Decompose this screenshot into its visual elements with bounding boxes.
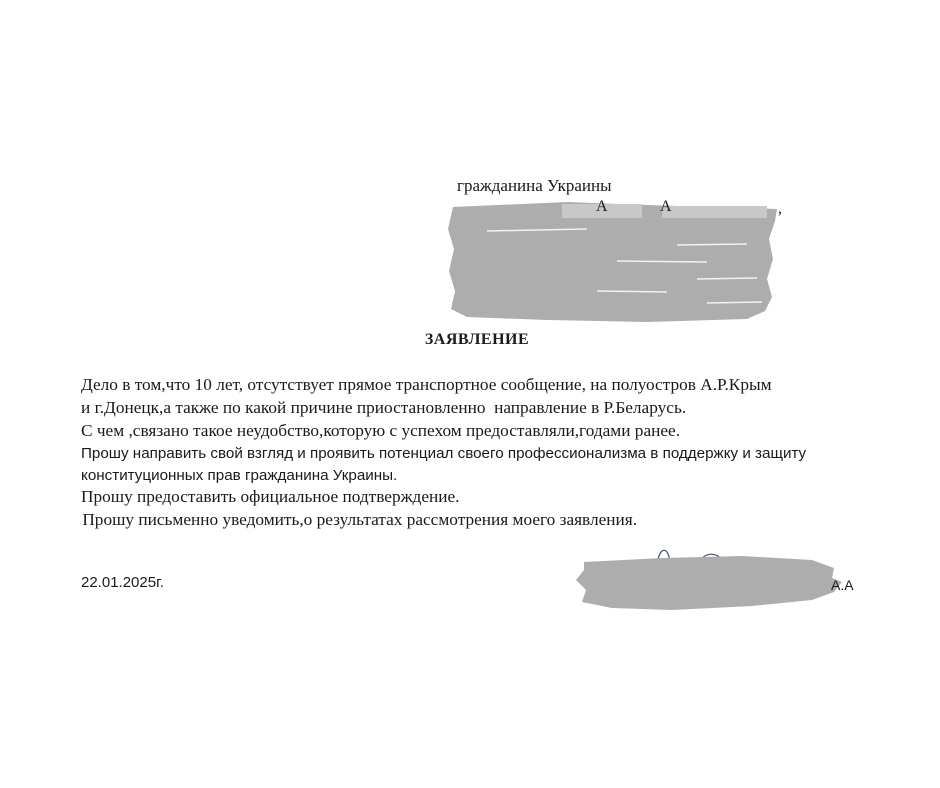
document-title: ЗАЯВЛЕНИЕ: [0, 331, 940, 349]
redacted-initial-2: А: [660, 198, 672, 216]
document-date: 22.01.2025г.: [81, 574, 164, 591]
signature-redaction: [572, 546, 862, 616]
addressee-comma: ,: [778, 200, 782, 218]
body-line-3: С чем ,связано такое неудобство,которую …: [81, 421, 680, 441]
body-line-6: Прошу предоставить официальное подтвержд…: [81, 487, 459, 507]
document-page: гражданина Украины А А , ЗАЯВЛЕНИЕ Дело …: [0, 0, 940, 788]
body-line-2: и г.Донецк,а также по какой причине прио…: [81, 398, 686, 418]
signature-initials: А.А: [831, 577, 854, 593]
redacted-initial-1: А: [596, 198, 608, 216]
body-line-5: конституционных прав гражданина Украины.: [81, 467, 397, 484]
body-line-1: Дело в том,что 10 лет, отсутствует прямо…: [81, 375, 772, 395]
body-line-7: Прошу письменно уведомить,о результатах …: [78, 510, 637, 530]
redaction-block-header: [447, 199, 777, 323]
addressee-line: гражданина Украины: [457, 176, 612, 196]
body-line-4: Прошу направить свой взгляд и проявить п…: [81, 445, 806, 462]
